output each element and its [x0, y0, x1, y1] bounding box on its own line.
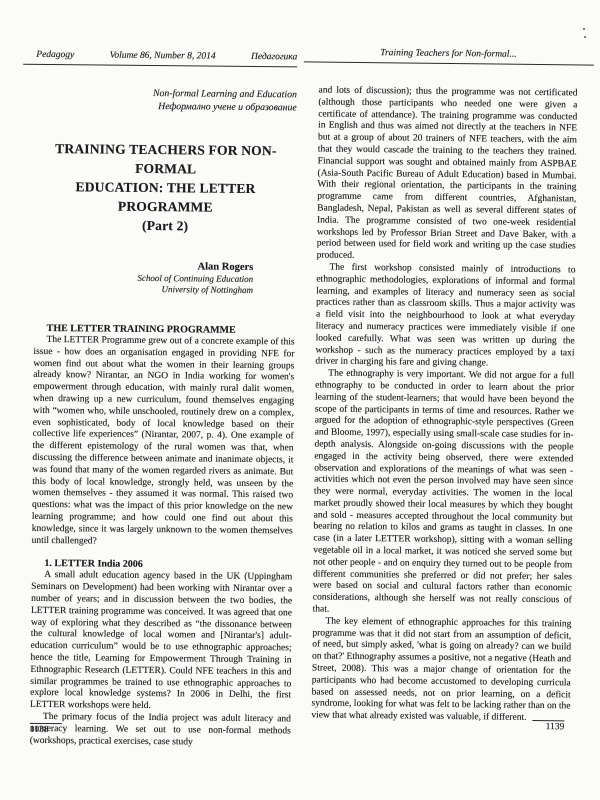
author-affiliation: University of Nottingham	[34, 283, 253, 296]
page-left: Pedagogy Volume 86, Number 8, 2014 Педаг…	[0, 0, 304, 800]
body-paragraph: The ethnography is very important. We di…	[313, 369, 575, 620]
journal-spread: Pedagogy Volume 86, Number 8, 2014 Педаг…	[0, 0, 600, 800]
article-title-line: EDUCATION: THE LETTER PROGRAMME	[35, 177, 296, 218]
running-head-right: Training Teachers for Non-formal...	[319, 46, 578, 61]
page-footer-left: 1138	[30, 723, 62, 736]
body-paragraph: A small adult education agency based in …	[30, 570, 292, 714]
article-title-part: (Part 2)	[35, 215, 296, 237]
body-paragraph: The first workshop consisted mainly of i…	[315, 262, 575, 371]
journal-name-cyrillic: Педагогика	[251, 51, 297, 63]
author-block: Alan Rogers School of Continuing Educati…	[34, 259, 295, 297]
article-title-line: TRAINING TEACHERS FOR NON-FORMAL	[35, 139, 296, 180]
footer-rule	[532, 720, 564, 721]
scan-speck	[583, 28, 585, 30]
body-paragraph: The primary focus of the India project w…	[30, 712, 291, 750]
journal-name: Pedagogy	[36, 49, 74, 61]
body-paragraph: The key element of ethnographic approach…	[311, 616, 571, 725]
page-right: Training Teachers for Non-formal... and …	[295, 0, 600, 800]
series-block: Non-formal Learning and Education Неформ…	[36, 87, 297, 115]
series-title-bg: Неформално учене и образование	[36, 99, 297, 114]
body-paragraph: The LETTER Programme grew out of a concr…	[32, 335, 295, 550]
page-number: 1138	[30, 725, 49, 735]
journal-volume: Volume 86, Number 8, 2014	[74, 49, 251, 63]
header-rule	[23, 64, 297, 68]
article-title: TRAINING TEACHERS FOR NON-FORMAL EDUCATI…	[35, 139, 297, 237]
header-rule	[304, 61, 594, 65]
running-head-left: Pedagogy Volume 86, Number 8, 2014 Педаг…	[36, 49, 297, 64]
scan-speck	[584, 36, 586, 38]
body-paragraph: and lots of discussion); thus the progra…	[317, 85, 578, 265]
page-footer-right: 1139	[532, 720, 564, 733]
body-block: and lots of discussion); thus the progra…	[311, 85, 577, 725]
page-number: 1139	[546, 722, 565, 732]
